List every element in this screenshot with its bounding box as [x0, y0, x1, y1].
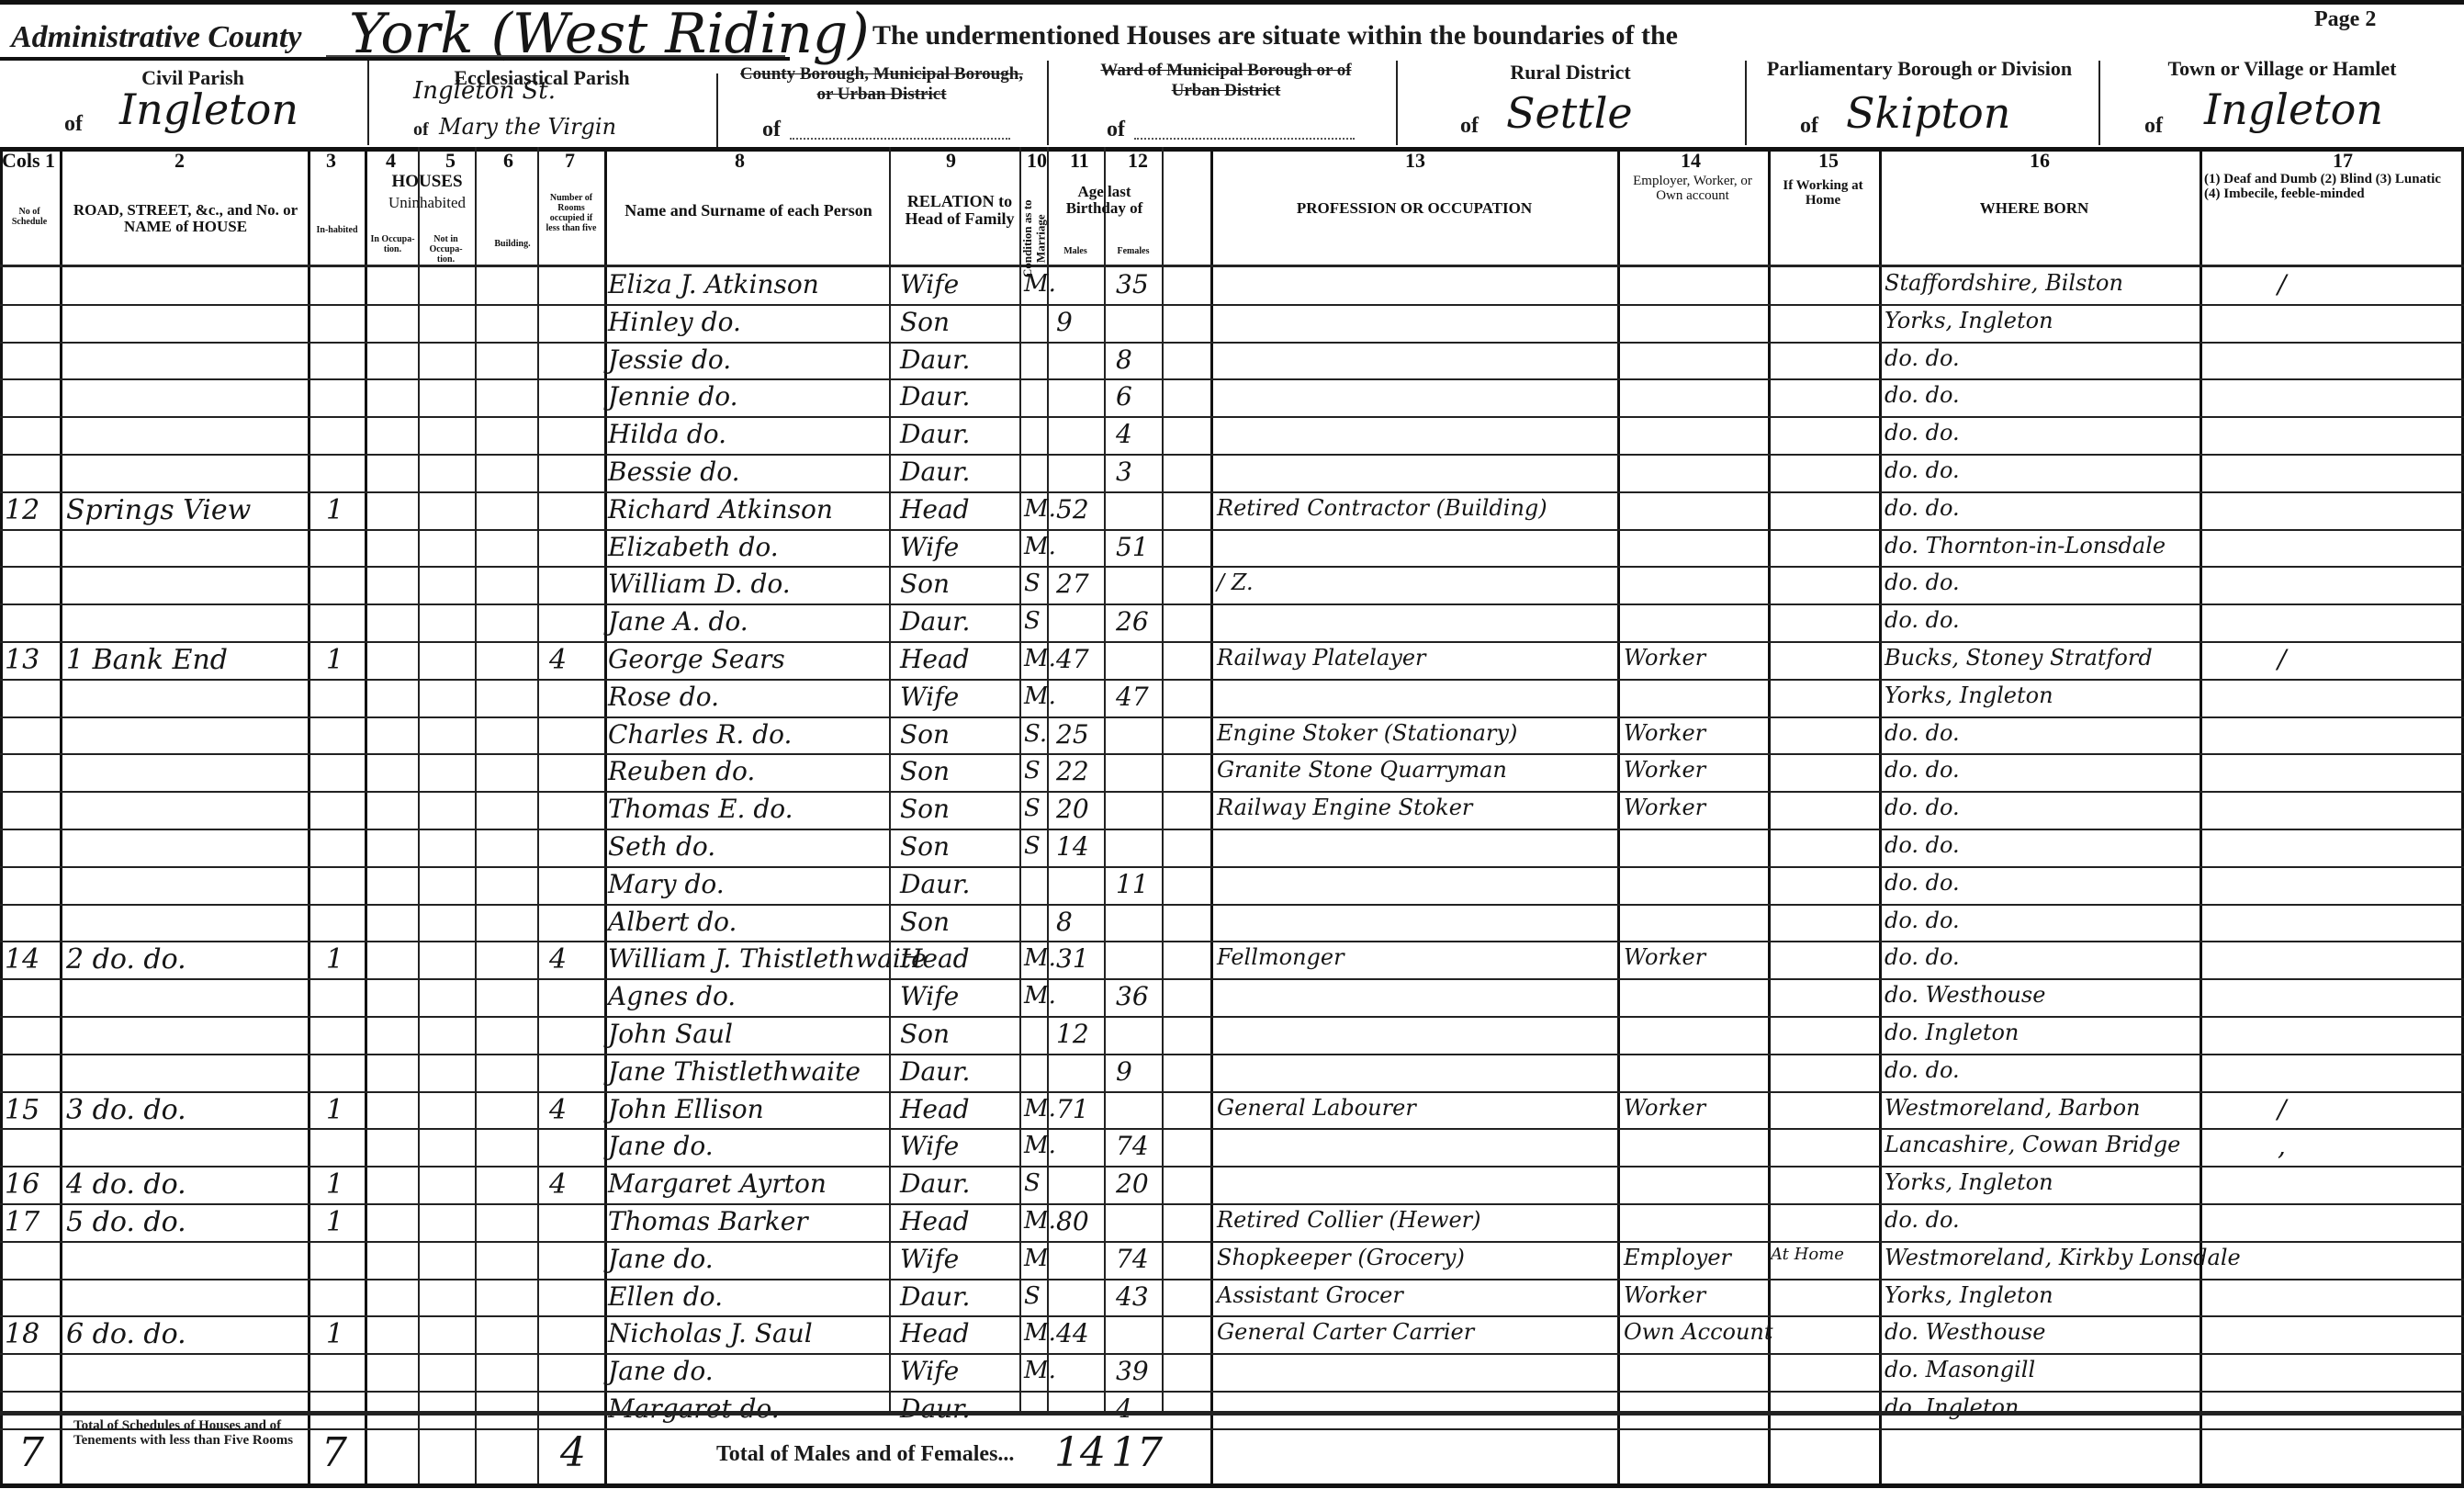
infirmity: / — [2278, 1097, 2286, 1122]
person-name: Charles R. do. — [608, 722, 792, 748]
row-rule — [0, 753, 2464, 755]
person-name: Margaret Ayrton — [608, 1171, 827, 1197]
divider — [2098, 61, 2100, 145]
marital-condition: S — [1024, 571, 1041, 595]
marital-condition: M. — [1024, 1097, 1056, 1121]
person-name: Elizabeth do. — [608, 535, 779, 560]
town-village-value: Ingleton — [2204, 85, 2383, 134]
col-name-header: Name and Surname of each Person — [606, 202, 891, 220]
column-number: 16 — [2030, 149, 2050, 173]
birthplace: do. do. — [1885, 347, 1960, 369]
marital-condition: M. — [1024, 684, 1056, 708]
relation: Daur. — [900, 609, 970, 635]
female-age: 51 — [1116, 535, 1149, 560]
relation: Son — [900, 310, 950, 335]
intro-text: The undermentioned Houses are situate wi… — [872, 20, 1678, 51]
col-uninhabited-header: Uninhabited — [367, 195, 487, 211]
female-age: 36 — [1116, 984, 1149, 1010]
town-village-label: Town or Village or Hamlet — [2121, 57, 2443, 81]
column-number: 12 — [1128, 149, 1148, 173]
male-age: 71 — [1056, 1097, 1089, 1122]
female-age: 11 — [1116, 872, 1149, 897]
person-name: Jessie do. — [608, 347, 731, 373]
column-divider — [1768, 147, 1771, 1483]
of-label: of — [1800, 114, 1818, 139]
male-age: 44 — [1056, 1321, 1089, 1347]
infirmity: , — [2278, 1134, 2286, 1159]
person-name: Jane A. do. — [608, 609, 748, 635]
marital-condition: M. — [1024, 984, 1056, 1008]
of-label: of — [1107, 118, 1125, 142]
rooms-count: 4 — [549, 647, 567, 674]
relation: Daur. — [900, 384, 970, 410]
col-inhabited-header: In-habited — [310, 225, 364, 235]
person-name: Eliza J. Atkinson — [608, 272, 819, 298]
marital-condition: M. — [1024, 1321, 1056, 1345]
birthplace: do. do. — [1885, 459, 1960, 481]
row-rule — [0, 679, 2464, 681]
column-divider — [1104, 147, 1106, 1411]
female-age: 4 — [1116, 1396, 1132, 1422]
address: 3 do. do. — [66, 1097, 186, 1124]
row-rule — [0, 416, 2464, 418]
row-rule — [0, 378, 2464, 380]
column-number: 6 — [503, 149, 513, 173]
ecclesiastical-parish-value-line1: Ingleton St. — [413, 77, 556, 105]
table-top-border — [0, 147, 2464, 152]
person-name: Rose do. — [608, 684, 719, 710]
relation: Son — [900, 834, 950, 860]
person-name: John Ellison — [608, 1097, 764, 1122]
occupation: Railway Platelayer — [1217, 647, 1426, 669]
relation: Son — [900, 909, 950, 935]
census-table: Cols 1234567891011121314151617 No of Sch… — [0, 147, 2464, 1489]
column-divider — [1019, 147, 1021, 1411]
divider — [367, 61, 369, 145]
person-name: Ellen do. — [608, 1284, 723, 1310]
birthplace: Lancashire, Cowan Bridge — [1885, 1134, 2180, 1156]
blank-line — [1134, 138, 1355, 140]
male-age: 25 — [1056, 722, 1089, 748]
relation: Son — [900, 722, 950, 748]
col-schedule-header: No of Schedule — [2, 207, 57, 227]
column-divider — [0, 147, 3, 1483]
rural-district-label: Rural District — [1433, 61, 1708, 85]
total-inhabited: 7 — [321, 1433, 347, 1473]
address: 2 do. do. — [66, 946, 186, 974]
marital-condition: M. — [1024, 647, 1056, 671]
birthplace: do. do. — [1885, 384, 1960, 406]
divider — [1047, 61, 1049, 145]
table-bottom-border — [0, 1483, 2464, 1488]
row-rule — [0, 566, 2464, 568]
relation: Head — [900, 946, 970, 972]
employment-status: Worker — [1624, 946, 1705, 968]
col-road-header: ROAD, STREET, &c., and No. or NAME of HO… — [66, 202, 305, 235]
column-divider — [537, 147, 539, 1483]
birthplace: Yorks, Ingleton — [1885, 684, 2053, 706]
col-at-home-header: If Working at Home — [1772, 179, 1873, 209]
relation: Wife — [900, 1359, 959, 1384]
column-divider — [60, 147, 62, 1483]
blank-line — [790, 138, 1010, 140]
row-rule — [0, 1166, 2464, 1168]
marital-condition: M. — [1024, 946, 1056, 970]
person-name: John Saul — [608, 1021, 733, 1047]
birthplace: Westmoreland, Barbon — [1885, 1097, 2141, 1119]
row-rule — [0, 641, 2464, 643]
birthplace: do. Westhouse — [1885, 1321, 2045, 1343]
person-name: Thomas Barker — [608, 1209, 808, 1235]
marital-condition: M. — [1024, 1359, 1056, 1382]
person-name: Bessie do. — [608, 459, 740, 485]
male-age: 12 — [1056, 1021, 1089, 1047]
female-age: 74 — [1116, 1246, 1149, 1272]
rural-district-value: Settle — [1506, 88, 1633, 138]
male-age: 80 — [1056, 1209, 1089, 1235]
male-age: 9 — [1056, 310, 1073, 335]
employment-status: Worker — [1624, 1284, 1705, 1306]
occupation: Shopkeeper (Grocery) — [1217, 1246, 1465, 1269]
col-infirmity-header: (1) Deaf and Dumb (2) Blind (3) Lunatic … — [2204, 173, 2452, 202]
birthplace: do. do. — [1885, 1209, 1960, 1231]
birthplace: do. do. — [1885, 609, 1960, 631]
marital-condition: S — [1024, 1171, 1041, 1195]
column-divider — [418, 147, 420, 1483]
relation: Wife — [900, 984, 959, 1010]
column-divider — [1210, 147, 1213, 1483]
birthplace: Yorks, Ingleton — [1885, 1284, 2053, 1306]
col-not-in-occupation-header: Not in Occupa-tion. — [421, 234, 471, 265]
female-age: 35 — [1116, 272, 1149, 298]
person-name: Albert do. — [608, 909, 737, 935]
occupation: Railway Engine Stoker — [1217, 796, 1472, 818]
column-number: 8 — [735, 149, 745, 173]
col-rooms-header: Number of Rooms occupied if less than fi… — [544, 193, 599, 233]
col-houses-header: HOUSES — [312, 173, 542, 191]
female-age: 8 — [1116, 347, 1132, 373]
inhabited-count: 1 — [326, 946, 343, 974]
occupation: Retired Contractor (Building) — [1217, 497, 1547, 519]
birthplace: do. do. — [1885, 834, 1960, 856]
column-number: 9 — [946, 149, 956, 173]
row-rule — [0, 1091, 2464, 1093]
ward-label: Ward of Municipal Borough or of Urban Di… — [1074, 61, 1378, 101]
infirmity: / — [2278, 272, 2286, 298]
marital-condition: M. — [1024, 272, 1056, 296]
column-number: 5 — [445, 149, 456, 173]
column-number: 15 — [1818, 149, 1839, 173]
row-rule — [0, 1353, 2464, 1355]
person-name: Nicholas J. Saul — [608, 1321, 813, 1347]
at-home: At Home — [1771, 1246, 1844, 1263]
birthplace: do. Masongill — [1885, 1359, 2035, 1381]
row-rule — [0, 829, 2464, 830]
of-label: of — [64, 112, 83, 137]
relation: Daur. — [900, 459, 970, 485]
rooms-count: 4 — [549, 946, 567, 974]
relation: Daur. — [900, 872, 970, 897]
birthplace: do. do. — [1885, 909, 1960, 931]
person-name: Mary do. — [608, 872, 725, 897]
address: 6 do. do. — [66, 1321, 186, 1348]
relation: Daur. — [900, 422, 970, 447]
marital-condition: M. — [1024, 497, 1056, 521]
col-building-header: Building. — [485, 239, 540, 249]
inhabited-count: 1 — [326, 1097, 343, 1124]
occupation: Retired Collier (Hewer) — [1217, 1209, 1480, 1231]
relation: Head — [900, 1097, 970, 1122]
row-rule — [0, 304, 2464, 306]
person-name: Jane do. — [608, 1246, 714, 1272]
marital-condition: M — [1024, 1246, 1049, 1270]
total-females: 17 — [1111, 1433, 1163, 1473]
person-name: Jane Thistlethwaite — [608, 1059, 861, 1085]
parliamentary-division-label: Parliamentary Borough or Division — [1763, 57, 2076, 81]
employment-status: Worker — [1624, 647, 1705, 669]
row-rule — [0, 716, 2464, 718]
total-rooms: 4 — [560, 1433, 586, 1473]
rooms-count: 4 — [549, 1097, 567, 1124]
employment-status: Worker — [1624, 796, 1705, 818]
birthplace: do. do. — [1885, 571, 1960, 593]
employment-status: Own Account — [1624, 1321, 1773, 1343]
column-number: 17 — [2333, 149, 2353, 173]
column-number: 4 — [386, 149, 396, 173]
relation: Head — [900, 1321, 970, 1347]
inhabited-count: 1 — [326, 1171, 343, 1199]
address: Springs View — [66, 497, 251, 525]
birthplace: do. do. — [1885, 1059, 1960, 1081]
row-rule — [0, 1128, 2464, 1130]
male-age: 20 — [1056, 796, 1089, 822]
male-age: 22 — [1056, 759, 1089, 784]
employment-status: Employer — [1624, 1246, 1731, 1269]
relation: Son — [900, 1021, 950, 1047]
relation: Wife — [900, 535, 959, 560]
person-name: Margaret do. — [608, 1396, 780, 1422]
female-age: 47 — [1116, 684, 1149, 710]
relation: Daur. — [900, 1059, 970, 1085]
totals-males-females-label: Total of Males and of Females... — [716, 1442, 1014, 1467]
row-rule — [0, 1016, 2464, 1018]
female-age: 6 — [1116, 384, 1132, 410]
inhabited-count: 1 — [326, 1209, 343, 1236]
col-age-header: Age last Birthday of — [1047, 184, 1162, 217]
column-number: 3 — [326, 149, 336, 173]
column-number: 10 — [1027, 149, 1047, 173]
marital-condition: S — [1024, 834, 1041, 858]
person-name: Agnes do. — [608, 984, 736, 1010]
male-age: 31 — [1056, 946, 1089, 972]
row-rule — [0, 1315, 2464, 1317]
totals-divider — [0, 1411, 2464, 1416]
total-schedules: 7 — [18, 1433, 44, 1473]
header-bottom-line — [0, 265, 2464, 267]
relation: Wife — [900, 684, 959, 710]
schedule-number: 13 — [5, 647, 39, 674]
female-age: 74 — [1116, 1134, 1149, 1159]
female-age: 43 — [1116, 1284, 1149, 1310]
male-age: 14 — [1056, 834, 1089, 860]
col-relation-header: RELATION to Head of Family — [900, 193, 1019, 228]
admin-county-label: Administrative County — [11, 20, 301, 55]
person-name: Hilda do. — [608, 422, 726, 447]
birthplace: do. do. — [1885, 872, 1960, 894]
occupation: / Z. — [1217, 571, 1254, 593]
address: 1 Bank End — [66, 647, 228, 674]
row-rule — [0, 904, 2464, 906]
row-rule — [0, 1241, 2464, 1243]
birthplace: Staffordshire, Bilston — [1885, 272, 2123, 294]
occupation: General Carter Carrier — [1217, 1321, 1474, 1343]
address: 4 do. do. — [66, 1171, 186, 1199]
marital-condition: M. — [1024, 535, 1056, 558]
female-age: 20 — [1116, 1171, 1149, 1197]
row-rule — [0, 529, 2464, 531]
relation: Head — [900, 647, 970, 672]
female-age: 9 — [1116, 1059, 1132, 1085]
row-rule — [0, 1279, 2464, 1280]
column-number: Cols 1 — [2, 149, 55, 173]
column-number: 7 — [565, 149, 575, 173]
relation: Daur. — [900, 1284, 970, 1310]
person-name: Thomas E. do. — [608, 796, 793, 822]
column-divider — [889, 147, 891, 1411]
page-number: Page 2 — [2314, 7, 2376, 32]
col-where-born-header: WHERE BORN — [1883, 200, 2186, 217]
column-divider — [1617, 147, 1620, 1483]
relation: Son — [900, 796, 950, 822]
relation: Son — [900, 759, 950, 784]
column-divider — [365, 147, 367, 1483]
relation: Wife — [900, 1134, 959, 1159]
occupation: Fellmonger — [1217, 946, 1345, 968]
row-rule — [0, 603, 2464, 605]
birthplace: do. do. — [1885, 497, 1960, 519]
of-label: of — [2144, 114, 2163, 139]
birthplace: do. Thornton-in-Lonsdale — [1885, 535, 2166, 557]
person-name: Reuben do. — [608, 759, 755, 784]
row-rule — [0, 1428, 2464, 1430]
of-label: of — [1460, 114, 1479, 139]
birthplace: do. do. — [1885, 796, 1960, 818]
row-rule — [0, 941, 2464, 942]
divider — [1745, 61, 1747, 145]
column-divider — [1162, 147, 1164, 1411]
column-divider — [308, 147, 310, 1483]
infirmity: / — [2278, 647, 2286, 672]
schedule-number: 17 — [5, 1209, 39, 1236]
row-rule — [0, 791, 2464, 793]
birthplace: Yorks, Ingleton — [1885, 1171, 2053, 1193]
divider — [1396, 61, 1398, 145]
occupation: Assistant Grocer — [1217, 1284, 1403, 1306]
male-age: 27 — [1056, 571, 1089, 597]
schedule-number: 15 — [5, 1097, 39, 1124]
parliamentary-division-value: Skipton — [1846, 88, 2010, 138]
person-name: Richard Atkinson — [608, 497, 833, 523]
employment-status: Worker — [1624, 722, 1705, 744]
relation: Head — [900, 497, 970, 523]
person-name: Jane do. — [608, 1134, 714, 1159]
divider — [716, 73, 718, 147]
marital-condition: S — [1024, 759, 1041, 783]
employment-status: Worker — [1624, 759, 1705, 781]
marital-condition: M. — [1024, 1134, 1056, 1157]
occupation: General Labourer — [1217, 1097, 1416, 1119]
row-rule — [0, 454, 2464, 456]
male-age: 47 — [1056, 647, 1089, 672]
schedule-number: 14 — [5, 946, 39, 974]
marital-condition: M. — [1024, 1209, 1056, 1233]
occupation: Engine Stoker (Stationary) — [1217, 722, 1517, 744]
schedule-number: 18 — [5, 1321, 39, 1348]
civil-parish-value: Ingleton — [119, 85, 298, 134]
marital-condition: S. — [1024, 722, 1047, 746]
relation: Daur. — [900, 1396, 970, 1422]
row-rule — [0, 1203, 2464, 1205]
relation: Wife — [900, 1246, 959, 1272]
relation: Daur. — [900, 347, 970, 373]
relation: Son — [900, 571, 950, 597]
inhabited-count: 1 — [326, 647, 343, 674]
column-number: 13 — [1405, 149, 1425, 173]
col-occupation-header: PROFESSION OR OCCUPATION — [1212, 200, 1616, 217]
occupation: Granite Stone Quarryman — [1217, 759, 1507, 781]
female-age: 39 — [1116, 1359, 1149, 1384]
person-name: Jane do. — [608, 1359, 714, 1384]
person-name: William D. do. — [608, 571, 791, 597]
col-males-header: Males — [1049, 246, 1102, 256]
rooms-count: 4 — [549, 1171, 567, 1199]
col-employer-header: Employer, Worker, or Own account — [1624, 175, 1761, 204]
row-rule — [0, 978, 2464, 980]
ecclesiastical-parish-value: Mary the Virgin — [439, 114, 616, 140]
birthplace: Bucks, Stoney Stratford — [1885, 647, 2153, 669]
birthplace: Westmoreland, Kirkby Lonsdale — [1885, 1246, 2241, 1269]
col-in-occupation-header: In Occupa-tion. — [367, 234, 418, 254]
relation: Head — [900, 1209, 970, 1235]
row-rule — [0, 342, 2464, 344]
birthplace: do. do. — [1885, 422, 1960, 444]
schedule-number: 16 — [5, 1171, 39, 1199]
column-divider — [2200, 147, 2202, 1483]
marital-condition: S — [1024, 1284, 1041, 1308]
row-rule — [0, 1054, 2464, 1055]
inhabited-count: 1 — [326, 1321, 343, 1348]
relation: Daur. — [900, 1171, 970, 1197]
male-age: 52 — [1056, 497, 1089, 523]
schedule-number: 12 — [5, 497, 39, 525]
marital-condition: S — [1024, 796, 1041, 820]
totals-schedules-label: Total of Schedules of Houses and of Tene… — [73, 1419, 294, 1449]
column-divider — [1879, 147, 1882, 1483]
address: 5 do. do. — [66, 1209, 186, 1236]
birthplace: Yorks, Ingleton — [1885, 310, 2053, 332]
birthplace: do. Ingleton — [1885, 1021, 2019, 1043]
column-divider — [604, 147, 607, 1483]
column-divider — [475, 147, 477, 1483]
marital-condition: S — [1024, 609, 1041, 633]
relation: Wife — [900, 272, 959, 298]
column-number: 11 — [1070, 149, 1089, 173]
person-name: Jennie do. — [608, 384, 737, 410]
row-rule — [0, 491, 2464, 493]
birthplace: do. Westhouse — [1885, 984, 2045, 1006]
person-name: Hinley do. — [608, 310, 741, 335]
column-number: 14 — [1681, 149, 1701, 173]
